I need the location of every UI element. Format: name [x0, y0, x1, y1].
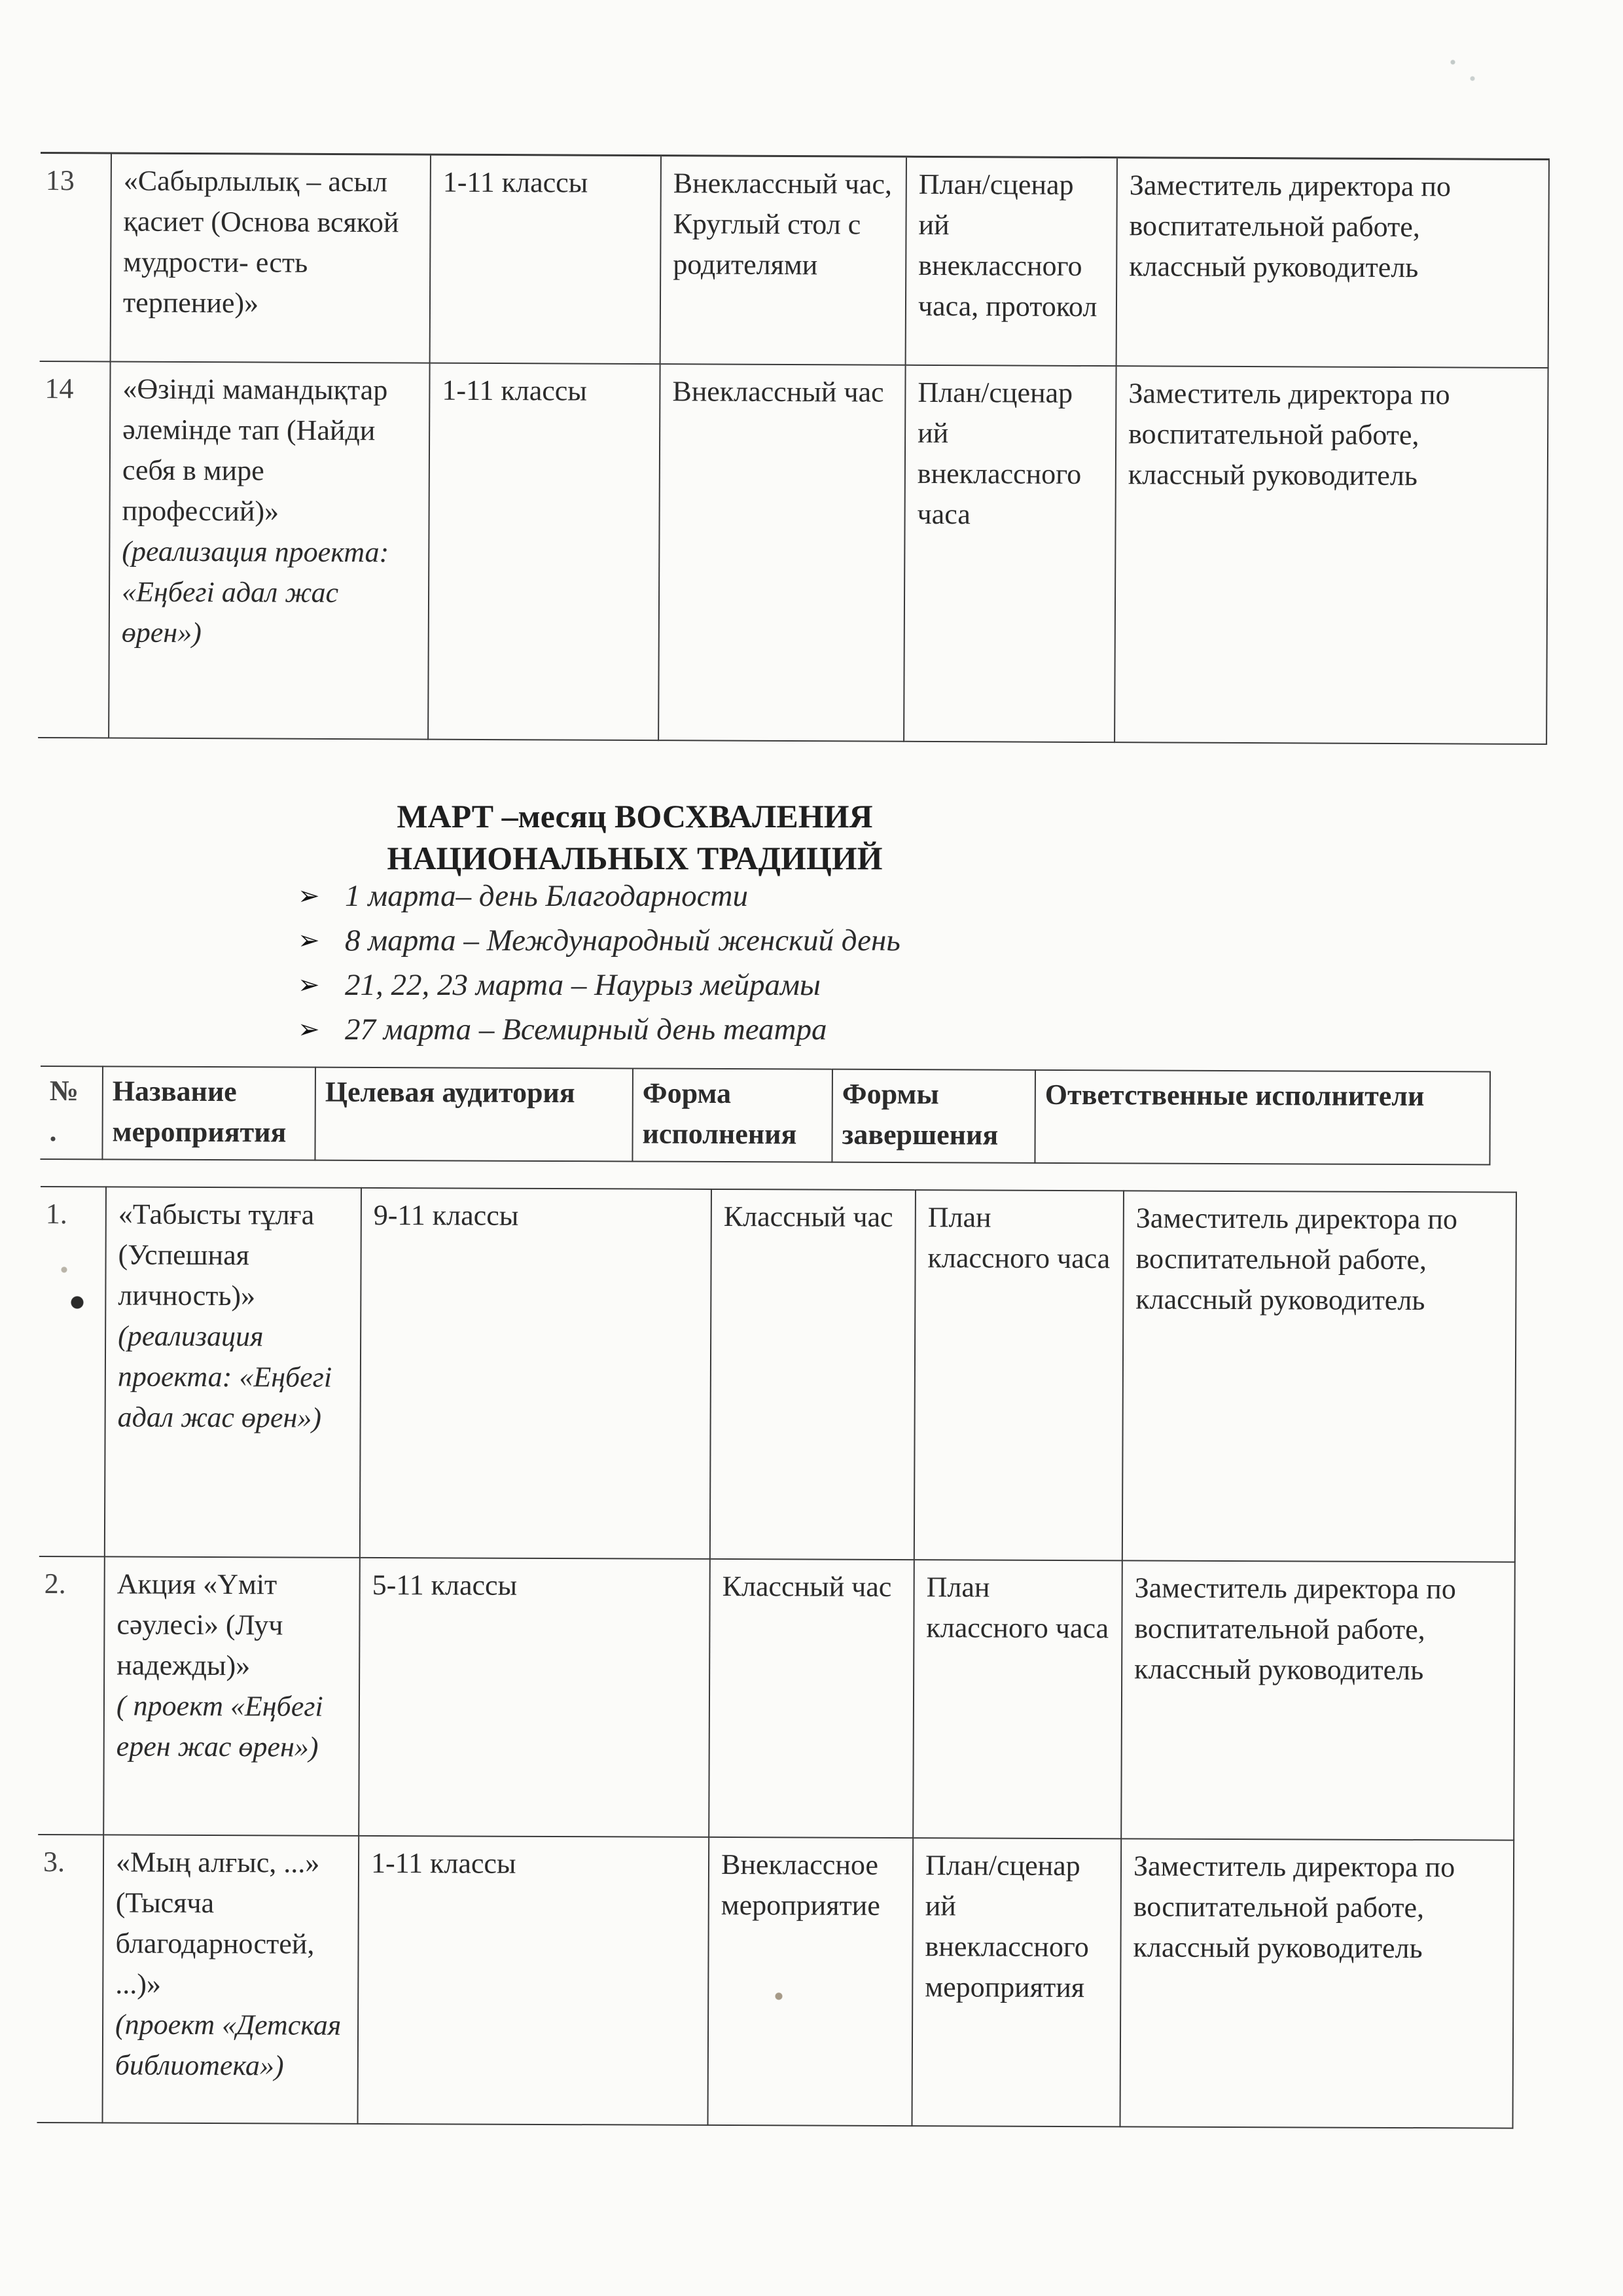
execution-form: Внеклассное мероприятие [707, 1837, 913, 2126]
row-number: 3. [37, 1835, 104, 2123]
responsible-persons: Заместитель директора по воспитательной … [1122, 1191, 1516, 1562]
section-heading: МАРТ –месяц ВОСХВАЛЕНИЯ НАЦИОНАЛЬНЫХ ТРА… [340, 795, 929, 879]
list-item: ➢27 марта – Всемирный день театра [298, 1007, 901, 1052]
project-note: (реализация проекта: «Еңбегі адал жас өр… [118, 1316, 349, 1438]
list-item: ➢1 марта– день Благодарности [298, 874, 901, 918]
column-header-audience: Целевая аудитория [315, 1067, 633, 1162]
heading-line-1: МАРТ –месяц ВОСХВАЛЕНИЯ [340, 795, 929, 837]
table-row: 2. Акция «Үміт сәулесі» (Луч надежды)» (… [38, 1556, 1515, 1840]
arrow-bullet-icon: ➢ [298, 918, 329, 963]
list-item: ➢8 марта – Международный женский день [298, 918, 901, 963]
table-row: 3. «Мың алғыс, ...» (Тысяча благодарност… [37, 1835, 1514, 2128]
table-row: 14 «Өзінді мамандықтар әлемінде тап (Най… [38, 361, 1548, 744]
target-audience: 1-11 классы [430, 154, 661, 364]
march-events-table: 1. «Табысты тұлға (Успешная личность)» (… [37, 1186, 1517, 2129]
arrow-bullet-icon: ➢ [298, 963, 329, 1007]
responsible-persons: Заместитель директора по воспитательной … [1115, 366, 1548, 744]
event-title: Акция «Үміт сәулесі» (Луч надежды)» ( пр… [103, 1556, 360, 1835]
target-audience: 1-11 классы [358, 1836, 709, 2125]
project-note: (проект «Детская библиотека») [115, 2004, 346, 2086]
table-row: 1. «Табысты тұлға (Успешная личность)» (… [39, 1187, 1516, 1562]
event-title: «Табысты тұлға (Успешная личность)» (реа… [105, 1187, 361, 1557]
header-row: № . Название мероприятия Целевая аудитор… [40, 1066, 1490, 1165]
execution-form: Классный час [709, 1559, 914, 1838]
event-title: «Сабырлылық – асыл қасиет (Основа всякой… [111, 153, 431, 363]
row-number: 1. [39, 1187, 106, 1556]
execution-form: Классный час [710, 1189, 916, 1560]
arrow-bullet-icon: ➢ [298, 1007, 329, 1052]
execution-form: Внеклассный час, Круглый стол с родителя… [660, 156, 906, 365]
list-item: ➢21, 22, 23 марта – Наурыз мейрамы [298, 963, 901, 1007]
target-audience: 9-11 классы [360, 1188, 711, 1559]
events-table-continued: 13 «Сабырлылық – асыл қасиет (Основа вся… [38, 152, 1550, 745]
responsible-persons: Заместитель директора по воспитательной … [1116, 158, 1549, 368]
row-number: 14 [38, 361, 111, 737]
project-note: ( проект «Еңбегі ерен жас өрен») [116, 1685, 347, 1767]
table-row: 13 «Сабырлылық – асыл қасиет (Основа вся… [40, 152, 1549, 367]
column-header-completion: Формы завершения [832, 1069, 1035, 1163]
arrow-bullet-icon: ➢ [298, 874, 329, 918]
column-header-form: Форма исполнения [632, 1068, 832, 1162]
target-audience: 5-11 классы [359, 1558, 710, 1837]
project-note: (реализация проекта: «Еңбегі адал жас өр… [122, 531, 417, 654]
column-header-number: № . [40, 1066, 103, 1159]
execution-form: Внеклассный час [658, 364, 906, 742]
row-number: 13 [40, 152, 111, 361]
holiday-list: ➢1 марта– день Благодарности ➢8 марта – … [298, 874, 901, 1052]
table-header: № . Название мероприятия Целевая аудитор… [40, 1066, 1491, 1166]
completion-form: План/сценар ий внеклассного часа [904, 365, 1116, 742]
event-title: «Мың алғыс, ...» (Тысяча благодарностей,… [103, 1835, 359, 2123]
completion-form: План/сценар ий внеклассного мероприятия [912, 1838, 1121, 2126]
heading-line-2: НАЦИОНАЛЬНЫХ ТРАДИЦИЙ [340, 837, 929, 879]
completion-form: План/сценар ий внеклассного часа, проток… [906, 156, 1117, 365]
completion-form: План классного часа [914, 1190, 1124, 1560]
target-audience: 1-11 классы [428, 363, 660, 740]
column-header-name: Название мероприятия [102, 1066, 315, 1160]
event-title: «Өзінді мамандықтар әлемінде тап (Найди … [109, 361, 430, 739]
row-number: 2. [38, 1556, 105, 1835]
responsible-persons: Заместитель директора по воспитательной … [1121, 1560, 1515, 1840]
column-header-responsible: Ответственные исполнители [1035, 1070, 1490, 1165]
responsible-persons: Заместитель директора по воспитательной … [1120, 1839, 1514, 2128]
completion-form: План классного часа [913, 1560, 1122, 1839]
